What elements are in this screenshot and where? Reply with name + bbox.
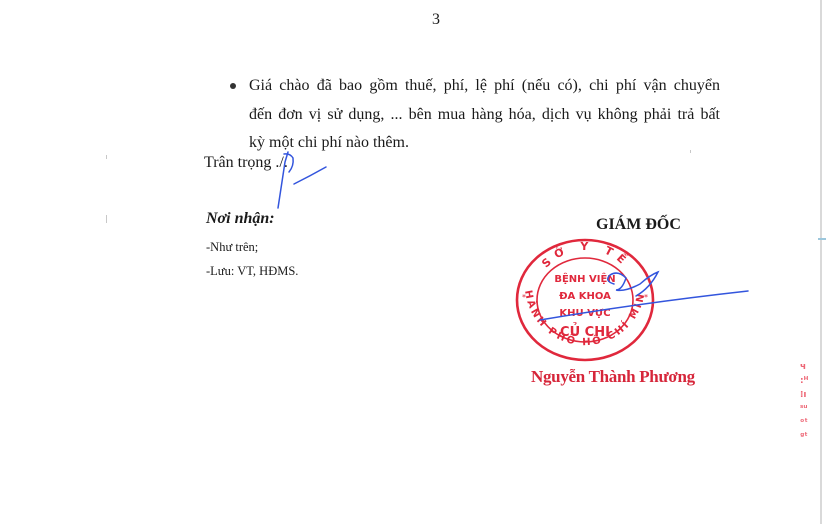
edge-seal-fragment: ч:ᴴ⁞ıˢᵘᵒᵗᵍᵗ <box>800 360 816 500</box>
closing-text: Trân trọng ./. <box>204 154 288 172</box>
official-stamp-icon: SỞ Y TẾ THÀNH PHỐ HỒ CHÍ MINH * * BỆNH V… <box>512 236 658 364</box>
page-edge-mark <box>818 238 826 240</box>
stamp-inner-line: ĐA KHOA <box>559 291 611 302</box>
svg-text:*: * <box>522 293 526 302</box>
bullet-text: Giá chào đã bao gồm thuế, phí, lệ phí (n… <box>249 72 720 158</box>
scan-speck <box>106 155 107 159</box>
bullet-item: Giá chào đã bao gồm thuế, phí, lệ phí (n… <box>230 72 720 158</box>
recipients-title: Nơi nhận: <box>206 210 275 228</box>
stamp-outer-top: SỞ Y TẾ <box>539 240 634 270</box>
stamp-inner-line: CỦ CHI <box>560 323 610 340</box>
bullet-line: đến đơn vị sử dụng, ... bên mua hàng hóa… <box>249 101 720 130</box>
scan-speck <box>106 215 107 223</box>
bullet-line: Giá chào đã bao gồm thuế, phí, lệ phí (n… <box>249 72 720 101</box>
page-number: 3 <box>432 11 440 29</box>
signer-name: Nguyễn Thành Phương <box>531 367 695 387</box>
signer-title: GIÁM ĐỐC <box>596 216 681 234</box>
recipient-item: -Lưu: VT, HĐMS. <box>206 264 298 279</box>
bullet-line: kỳ một chi phí nào thêm. <box>249 129 720 158</box>
svg-text:SỞ Y TẾ: SỞ Y TẾ <box>539 240 634 270</box>
page-edge <box>820 0 822 524</box>
stamp-inner-line: KHU VỰC <box>559 308 610 319</box>
recipient-item: -Như trên; <box>206 240 258 255</box>
svg-text:*: * <box>644 293 648 302</box>
stamp-inner-line: BỆNH VIỆN <box>554 272 615 285</box>
bullet-icon <box>230 83 236 89</box>
